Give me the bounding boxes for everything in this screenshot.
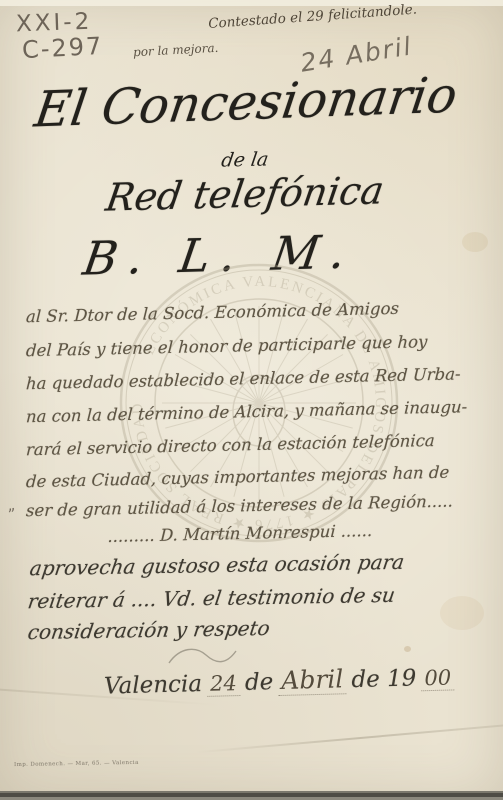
archival-mark-2: C-297 — [21, 32, 104, 64]
closing-line: consideración y respeto — [26, 616, 271, 644]
dateline-year-handwritten: 00 — [421, 665, 454, 691]
dateline: Valencia 24 de Abril de 19 00 — [104, 661, 455, 699]
dateline-de19: de 19 — [351, 665, 417, 693]
scan-bottom-edge — [0, 791, 503, 800]
reply-annotation-2: por la mejora. — [133, 41, 219, 59]
printer-imprint: Imp. Domenech. — Mar, 65. — Valencia — [14, 760, 139, 768]
scanned-letter-page: XXI-2 C-297 Contestado el 29 felicitando… — [0, 0, 503, 800]
dateline-month-handwritten: Abril — [278, 664, 347, 696]
closing-line: aprovecha gustoso esta ocasión para — [28, 550, 406, 581]
closing-line: reiterar á .... Vd. el testimonio de su — [26, 583, 396, 613]
pencil-scribble — [166, 644, 240, 668]
dateline-day-handwritten: 24 — [207, 671, 240, 697]
dateline-place: Valencia — [104, 671, 203, 700]
paper-stain — [404, 646, 411, 652]
paper-stain — [462, 232, 488, 252]
margin-pencil-mark: „ — [5, 495, 16, 514]
dateline-de: de — [245, 669, 274, 696]
letterhead-line-1: El Concesionario — [2, 65, 490, 139]
paper-crease — [196, 723, 503, 754]
paper-stain — [440, 596, 484, 630]
